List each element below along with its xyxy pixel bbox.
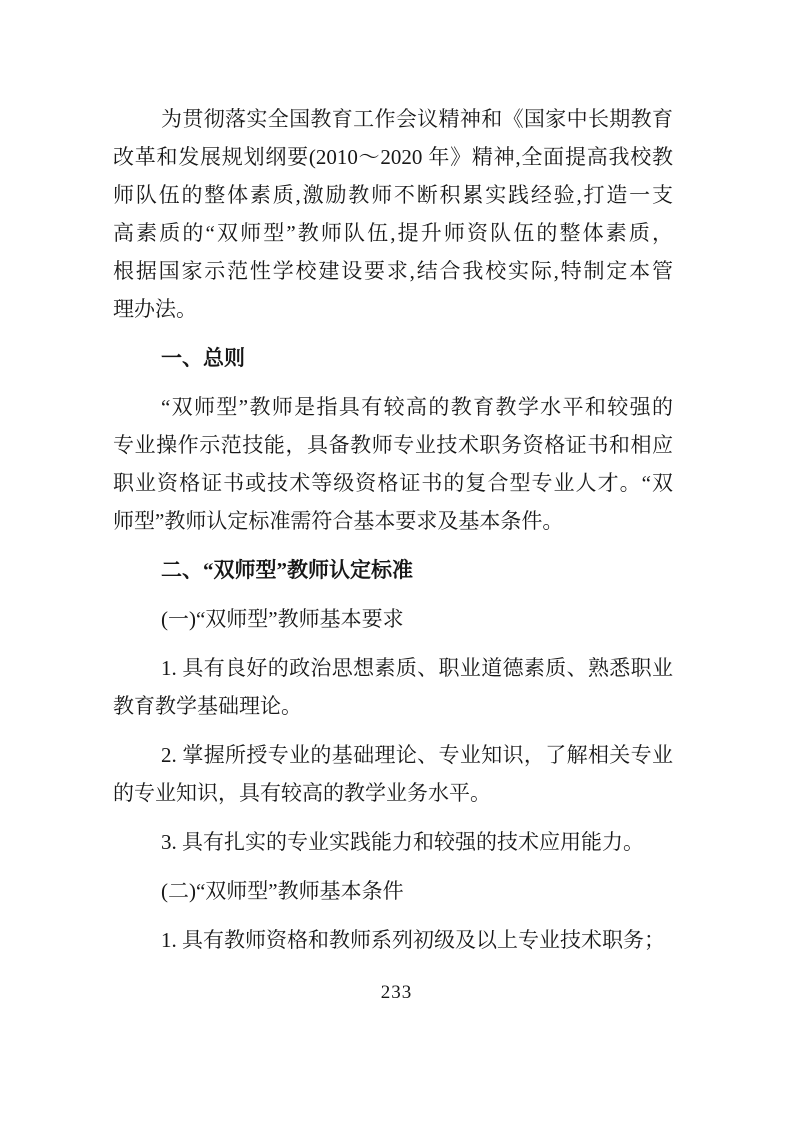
- text-line: 根据国家示范性学校建设要求,结合我校实际,特制定本管: [113, 252, 673, 290]
- subheading-text: (一)“双师型”教师基本要求: [113, 600, 673, 638]
- text-line: 高素质的“双师型”教师队伍,提升师资队伍的整体素质，: [113, 214, 673, 252]
- text-line: 职业资格证书或技术等级资格证书的复合型专业人才。“双: [113, 464, 673, 502]
- list-item-requirement-3: 3. 具有扎实的专业实践能力和较强的技术应用能力。: [113, 823, 673, 861]
- text-line: 的专业知识，具有较高的教学业务水平。: [113, 774, 673, 812]
- text-line: “双师型”教师是指具有较高的教育教学水平和较强的: [113, 388, 673, 426]
- text-line: 为贯彻落实全国教育工作会议精神和《国家中长期教育: [113, 100, 673, 138]
- document-page: 为贯彻落实全国教育工作会议精神和《国家中长期教育 改革和发展规划纲要(2010～…: [0, 0, 793, 1122]
- page-number: 233: [0, 982, 793, 1004]
- subheading-text: (二)“双师型”教师基本条件: [113, 872, 673, 910]
- text-line: 3. 具有扎实的专业实践能力和较强的技术应用能力。: [113, 823, 673, 861]
- heading-text: 二、“双师型”教师认定标准: [113, 551, 673, 589]
- text-line: 1. 具有教师资格和教师系列初级及以上专业技术职务；: [113, 921, 673, 959]
- text-line: 师队伍的整体素质,激励教师不断积累实践经验,打造一支: [113, 176, 673, 214]
- paragraph-intro: 为贯彻落实全国教育工作会议精神和《国家中长期教育 改革和发展规划纲要(2010～…: [113, 100, 673, 328]
- text-line: 理办法。: [113, 290, 673, 328]
- paragraph-definition: “双师型”教师是指具有较高的教育教学水平和较强的 专业操作示范技能，具备教师专业…: [113, 388, 673, 540]
- heading-text: 一、总则: [113, 339, 673, 377]
- list-item-requirement-2: 2. 掌握所授专业的基础理论、专业知识，了解相关专业 的专业知识，具有较高的教学…: [113, 736, 673, 812]
- document-body: 为贯彻落实全国教育工作会议精神和《国家中长期教育 改革和发展规划纲要(2010～…: [113, 100, 673, 970]
- subheading-basic-conditions: (二)“双师型”教师基本条件: [113, 872, 673, 910]
- section-heading-2: 二、“双师型”教师认定标准: [113, 551, 673, 589]
- text-line: 2. 掌握所授专业的基础理论、专业知识，了解相关专业: [113, 736, 673, 774]
- section-heading-1: 一、总则: [113, 339, 673, 377]
- text-line: 教育教学基础理论。: [113, 687, 673, 725]
- text-line: 专业操作示范技能，具备教师专业技术职务资格证书和相应: [113, 426, 673, 464]
- list-item-requirement-1: 1. 具有良好的政治思想素质、职业道德素质、熟悉职业 教育教学基础理论。: [113, 649, 673, 725]
- subheading-basic-requirements: (一)“双师型”教师基本要求: [113, 600, 673, 638]
- text-line: 师型”教师认定标准需符合基本要求及基本条件。: [113, 502, 673, 540]
- text-line: 1. 具有良好的政治思想素质、职业道德素质、熟悉职业: [113, 649, 673, 687]
- text-line: 改革和发展规划纲要(2010～2020 年》精神,全面提高我校教: [113, 138, 673, 176]
- list-item-condition-1: 1. 具有教师资格和教师系列初级及以上专业技术职务；: [113, 921, 673, 959]
